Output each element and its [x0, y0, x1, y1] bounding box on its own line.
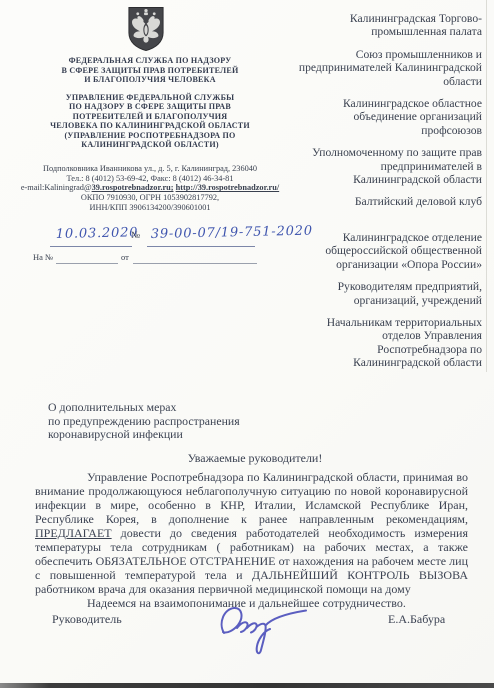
handwritten-date: 10.03.2020 — [56, 225, 139, 242]
email-domain-link: 39.rospotrebnadzor.ru; — [92, 183, 174, 192]
russia-coat-of-arms-icon — [127, 6, 165, 52]
federal-agency-name: ФЕДЕРАЛЬНАЯ СЛУЖБА ПО НАДЗОРУ В СФЕРЕ ЗА… — [28, 56, 272, 85]
handwritten-signature-icon — [208, 597, 312, 661]
reply-to-number-label: На № — [33, 252, 53, 262]
recipient-item: Союз промышленников и предпринимателей К… — [264, 48, 482, 88]
scan-bottom-edge — [0, 683, 494, 688]
salutation: Уважаемые руководители! — [35, 451, 475, 466]
recipient-item: Начальникам территориальных отделов Упра… — [264, 316, 482, 370]
recipient-item: Калининградское отделение общероссийской… — [264, 231, 482, 271]
okpo-ogrn-line: ОКПО 7910930, ОГРН 1053902817792, — [8, 193, 292, 203]
contact-block: Подполковника Иванникова ул., д. 5, г. К… — [8, 164, 292, 213]
recipient-item: Руководителям предприятий, организаций, … — [264, 280, 482, 307]
email-prefix: e-mail:Kaliningrad@ — [21, 183, 92, 192]
letter-body: Управление Роспотребнадзора по Калинингр… — [35, 470, 468, 610]
recipient-item: Калининградская Торгово- промышленная па… — [264, 12, 482, 39]
email-website-line: e-mail:Kaliningrad@39.rospotrebnadzor.ru… — [8, 183, 292, 193]
recipient-item: Уполномоченному по защите прав предприни… — [264, 146, 482, 186]
address-line: Подполковника Иванникова ул., д. 5, г. К… — [8, 164, 292, 174]
number-form-line — [147, 246, 255, 247]
signer-position-title: Руководитель — [52, 612, 122, 627]
reply-date-label: от — [121, 252, 129, 262]
body-text-part: Управление Роспотребнадзора по Калинингр… — [35, 470, 468, 526]
signer-name: Е.А.Бабура — [388, 612, 445, 627]
reply-date-form-line — [133, 263, 257, 264]
phone-fax-line: Тел.: 8 (4012) 53-69-42, Факс: 8 (4012) … — [8, 174, 292, 184]
number-sign: № — [131, 231, 140, 241]
body-paragraph-1: Управление Роспотребнадзора по Калинингр… — [35, 470, 468, 596]
date-form-line — [50, 246, 132, 247]
recipients-list: Калининградская Торгово- промышленная па… — [264, 12, 482, 379]
document-page: ФЕДЕРАЛЬНАЯ СЛУЖБА ПО НАДЗОРУ В СФЕРЕ ЗА… — [0, 0, 494, 688]
regional-department-name: УПРАВЛЕНИЕ ФЕДЕРАЛЬНОЙ СЛУЖБЫ ПО НАДЗОРУ… — [28, 93, 272, 149]
letter-subject: О дополнительных мерах по предупреждению… — [48, 401, 288, 442]
underlined-directive: ПРЕДЛАГАЕТ — [35, 526, 112, 540]
recipient-item: Калининградское областное объединение ор… — [264, 97, 482, 137]
reply-number-form-line — [56, 263, 118, 264]
recipient-item: Балтийский деловой клуб — [264, 195, 482, 208]
inn-kpp-line: ИНН/КПП 3906134200/390601001 — [8, 203, 292, 213]
scan-edge-line — [486, 0, 487, 372]
